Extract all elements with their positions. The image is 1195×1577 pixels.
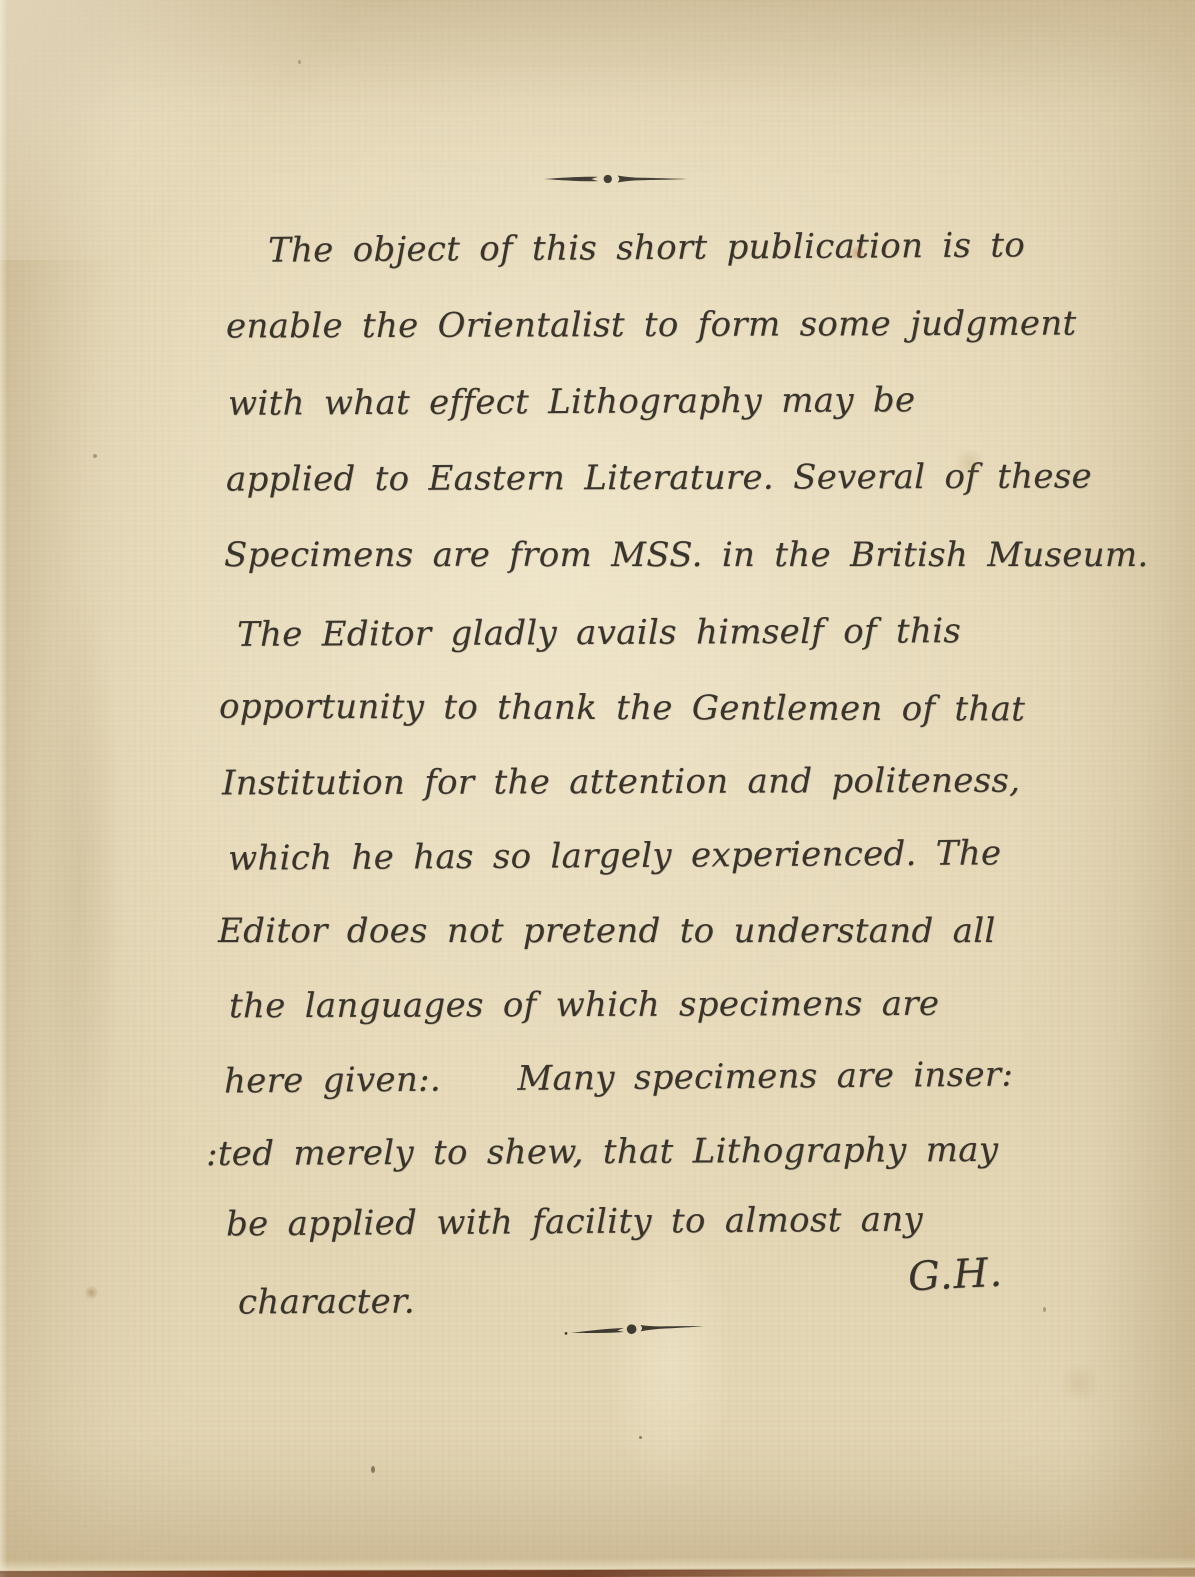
book-cover-edge — [0, 1569, 1195, 1577]
paper-speck — [93, 454, 97, 458]
manuscript-line: character. — [238, 1280, 415, 1325]
signature-initials: G.H. — [907, 1250, 1004, 1301]
manuscript-line: here given:. Many specimens are inser: — [224, 1053, 1013, 1104]
paper-crease-shadow — [20, 520, 140, 1420]
manuscript-line: be applied with facility to almost any — [226, 1198, 923, 1247]
manuscript-line: the languages of which specimens are — [229, 982, 939, 1028]
manuscript-line: which he has so largely experienced. The — [228, 831, 1002, 880]
manuscript-line: opportunity to thank the Gentlemen of th… — [219, 685, 1025, 732]
manuscript-line: The object of this short publication is … — [268, 223, 1025, 272]
manuscript-line: enable the Orientalist to form some judg… — [226, 302, 1077, 349]
paper-speck — [298, 60, 301, 64]
page-left-edge — [0, 0, 7, 1577]
manuscript-line: Editor does not pretend to understand al… — [218, 909, 996, 953]
manuscript-line: :ted merely to shew, that Lithography ma… — [206, 1128, 999, 1176]
paper-speck — [1043, 1307, 1046, 1312]
manuscript-line: applied to Eastern Literature. Several o… — [226, 454, 1092, 501]
paper-stain — [1056, 1366, 1104, 1400]
manuscript-page: The object of this short publication is … — [0, 0, 1195, 1577]
page-corner-highlight — [0, 0, 420, 260]
manuscript-line: Institution for the attention and polite… — [222, 759, 1020, 806]
manuscript-line: The Editor gladly avails himself of this — [237, 609, 961, 657]
manuscript-line: with what effect Lithography may be — [228, 378, 916, 426]
fleuron-divider-icon — [543, 166, 688, 192]
fleuron-divider-icon — [563, 1313, 709, 1345]
paper-speck — [371, 1466, 375, 1473]
manuscript-line: Specimens are from MSS. in the British M… — [224, 533, 1149, 577]
